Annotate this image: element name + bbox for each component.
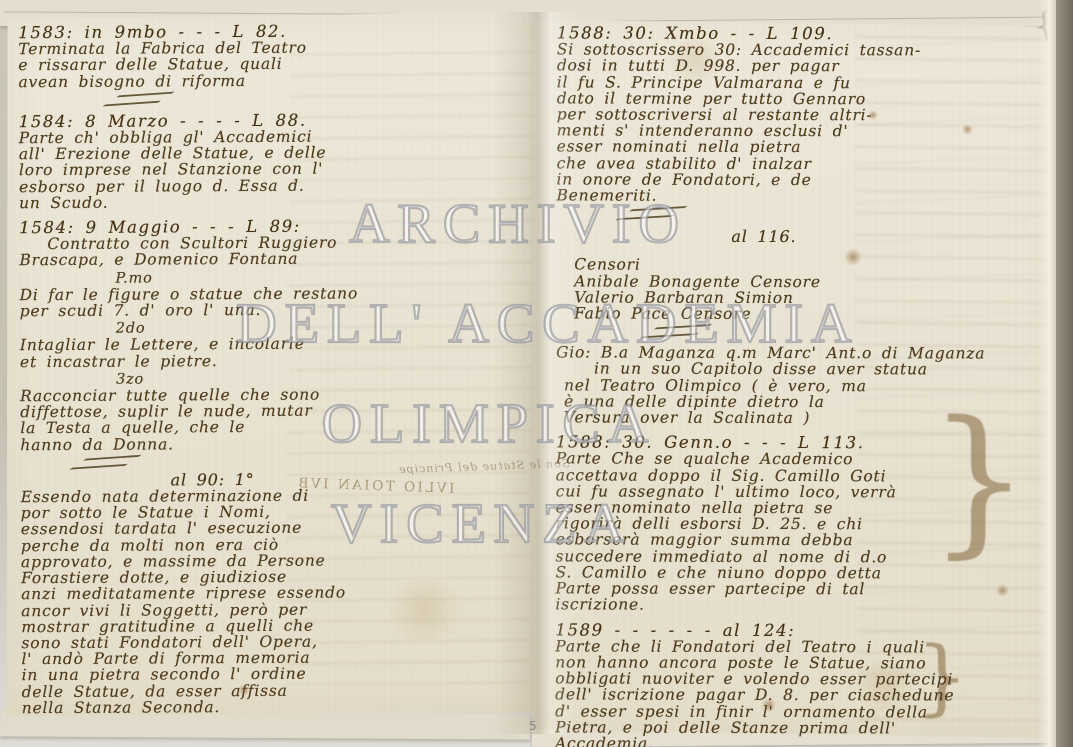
manuscript-text-line: per scudi 7. d' oro l' una. — [20, 301, 468, 320]
manuscript-text-line: Benemeriti. — [556, 187, 1026, 204]
manuscript-ink-divider — [626, 204, 1026, 220]
manuscript-text-line: dell' iscrizione pagar D. 8. per ciasche… — [555, 687, 1025, 704]
manuscript-ink-divider — [114, 88, 467, 105]
manuscript-text-line: Accademia. — [555, 735, 1025, 747]
ink-flourish — [69, 455, 141, 470]
manuscript-ink-divider — [80, 451, 468, 468]
manuscript-text-line: Fabio Pace Censore — [574, 305, 1026, 322]
manuscript-text-line: Versura over la Scalinata ) — [564, 409, 1026, 426]
ink-flourish — [615, 206, 687, 220]
manuscript-margin-reference: al 90: 1° — [171, 471, 469, 489]
manuscript-text-line: et incastrar le pietre. — [20, 351, 468, 370]
manuscript-text-line: un Scudo. — [19, 193, 467, 212]
manuscript-text-line: Brascapa, e Domenico Fontana — [19, 250, 467, 269]
ink-flourish — [640, 324, 712, 338]
left-page-text: 1583: in 9mbo - - - L 82.Terminata la Fa… — [18, 23, 470, 716]
manuscript-ink-divider — [651, 322, 1026, 338]
manuscript-scan: Son le Statue del Principe IVLIO TOIAN I… — [0, 0, 1073, 747]
manuscript-text-line: iscrizione. — [555, 597, 1025, 614]
manuscript-margin-reference: al 116. — [731, 229, 1026, 246]
folio-number: 5 — [529, 719, 537, 733]
page-curl-shadow — [1056, 0, 1073, 747]
manuscript-text-line: nella Stanza Seconda. — [22, 698, 470, 717]
ink-flourish — [102, 91, 174, 106]
page-curl-highlight — [1038, 0, 1056, 747]
right-page-text: 1588: 30: Xmbo - - L 109.Si sottoscrisse… — [555, 25, 1027, 747]
